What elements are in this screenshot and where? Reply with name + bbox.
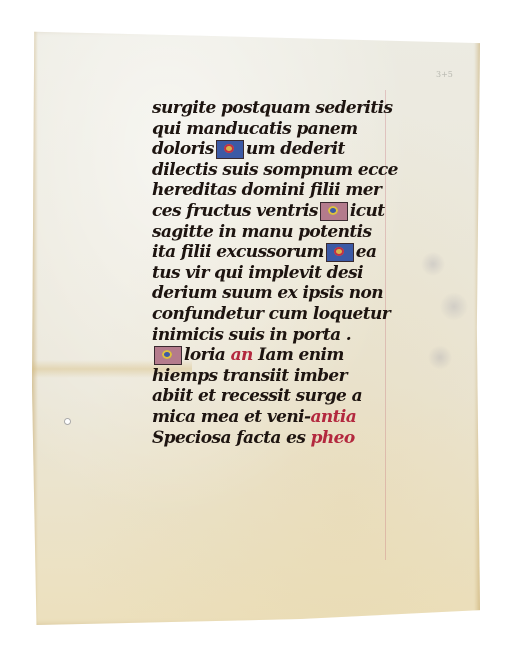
text-line: abiit et recessit surge a <box>152 386 382 407</box>
text-segment: ea <box>356 242 377 262</box>
illuminated-initial <box>320 202 348 221</box>
text-segment: um dederit <box>246 139 345 159</box>
illuminated-initial <box>154 346 182 365</box>
text-segment: ces fructus ventris <box>152 201 318 221</box>
text-line: loria an Iam enim <box>152 345 382 366</box>
corner-mark: 3+5 <box>436 70 453 79</box>
text-segment: icut <box>350 201 385 221</box>
text-segment: Iam enim <box>258 345 344 365</box>
text-line: Speciosa facta es pheo <box>152 428 382 449</box>
text-line: ita filii excussorumea <box>152 242 382 263</box>
text-line: surgite postquam sederitis <box>152 98 382 119</box>
text-segment: loria <box>184 345 225 365</box>
text-line: derium suum ex ipsis non <box>152 283 382 304</box>
text-line: confundetur cum loquetur <box>152 304 382 325</box>
offset-decoration <box>412 230 482 400</box>
rubric: antia <box>310 407 356 427</box>
illuminated-initial <box>216 140 244 159</box>
text-segment: doloris <box>152 139 214 159</box>
rubric: an <box>231 345 253 365</box>
text-line: hereditas domini filii mer <box>152 180 382 201</box>
illuminated-initial <box>326 243 354 262</box>
text-line: sagitte in manu potentis <box>152 222 382 243</box>
text-segment: ita filii excussorum <box>152 242 324 262</box>
text-line: mica mea et veni-antia <box>152 407 382 428</box>
text-line: qui manducatis panem <box>152 119 382 140</box>
text-line: tus vir qui implevit desi <box>152 263 382 284</box>
pinhole <box>64 418 71 425</box>
text-line: dolorisum dederit <box>152 139 382 160</box>
text-block: surgite postquam sederitis qui manducati… <box>152 98 382 448</box>
text-segment: Speciosa facta es <box>152 428 305 448</box>
text-line: hiemps transiit imber <box>152 366 382 387</box>
text-segment: mica mea et veni- <box>152 407 310 427</box>
text-line: inimicis suis in porta . <box>152 325 382 346</box>
text-line: dilectis suis sompnum ecce <box>152 160 382 181</box>
text-line: ces fructus ventrisicut <box>152 201 382 222</box>
rubric: pheo <box>311 428 355 448</box>
